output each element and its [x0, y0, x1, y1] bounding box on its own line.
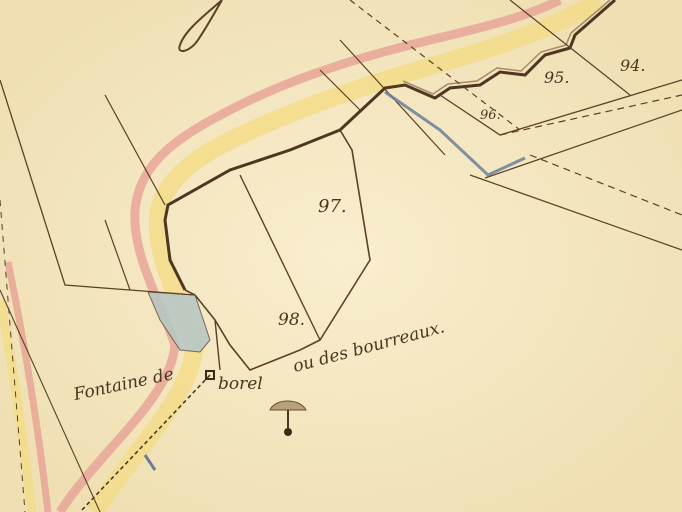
cadastral-map: 94. 95. 96. 97. 98. Fontaine de borel ou…: [0, 0, 682, 512]
parcel-label-96: 96.: [480, 108, 501, 123]
parcel-label-95: 95.: [544, 68, 569, 87]
fountain-label-part2: borel: [218, 374, 263, 394]
parcel-label-98: 98.: [278, 310, 305, 330]
parcel-label-97: 97.: [318, 196, 347, 217]
map-drawing: [0, 0, 682, 512]
parcel-label-94: 94.: [620, 56, 645, 75]
